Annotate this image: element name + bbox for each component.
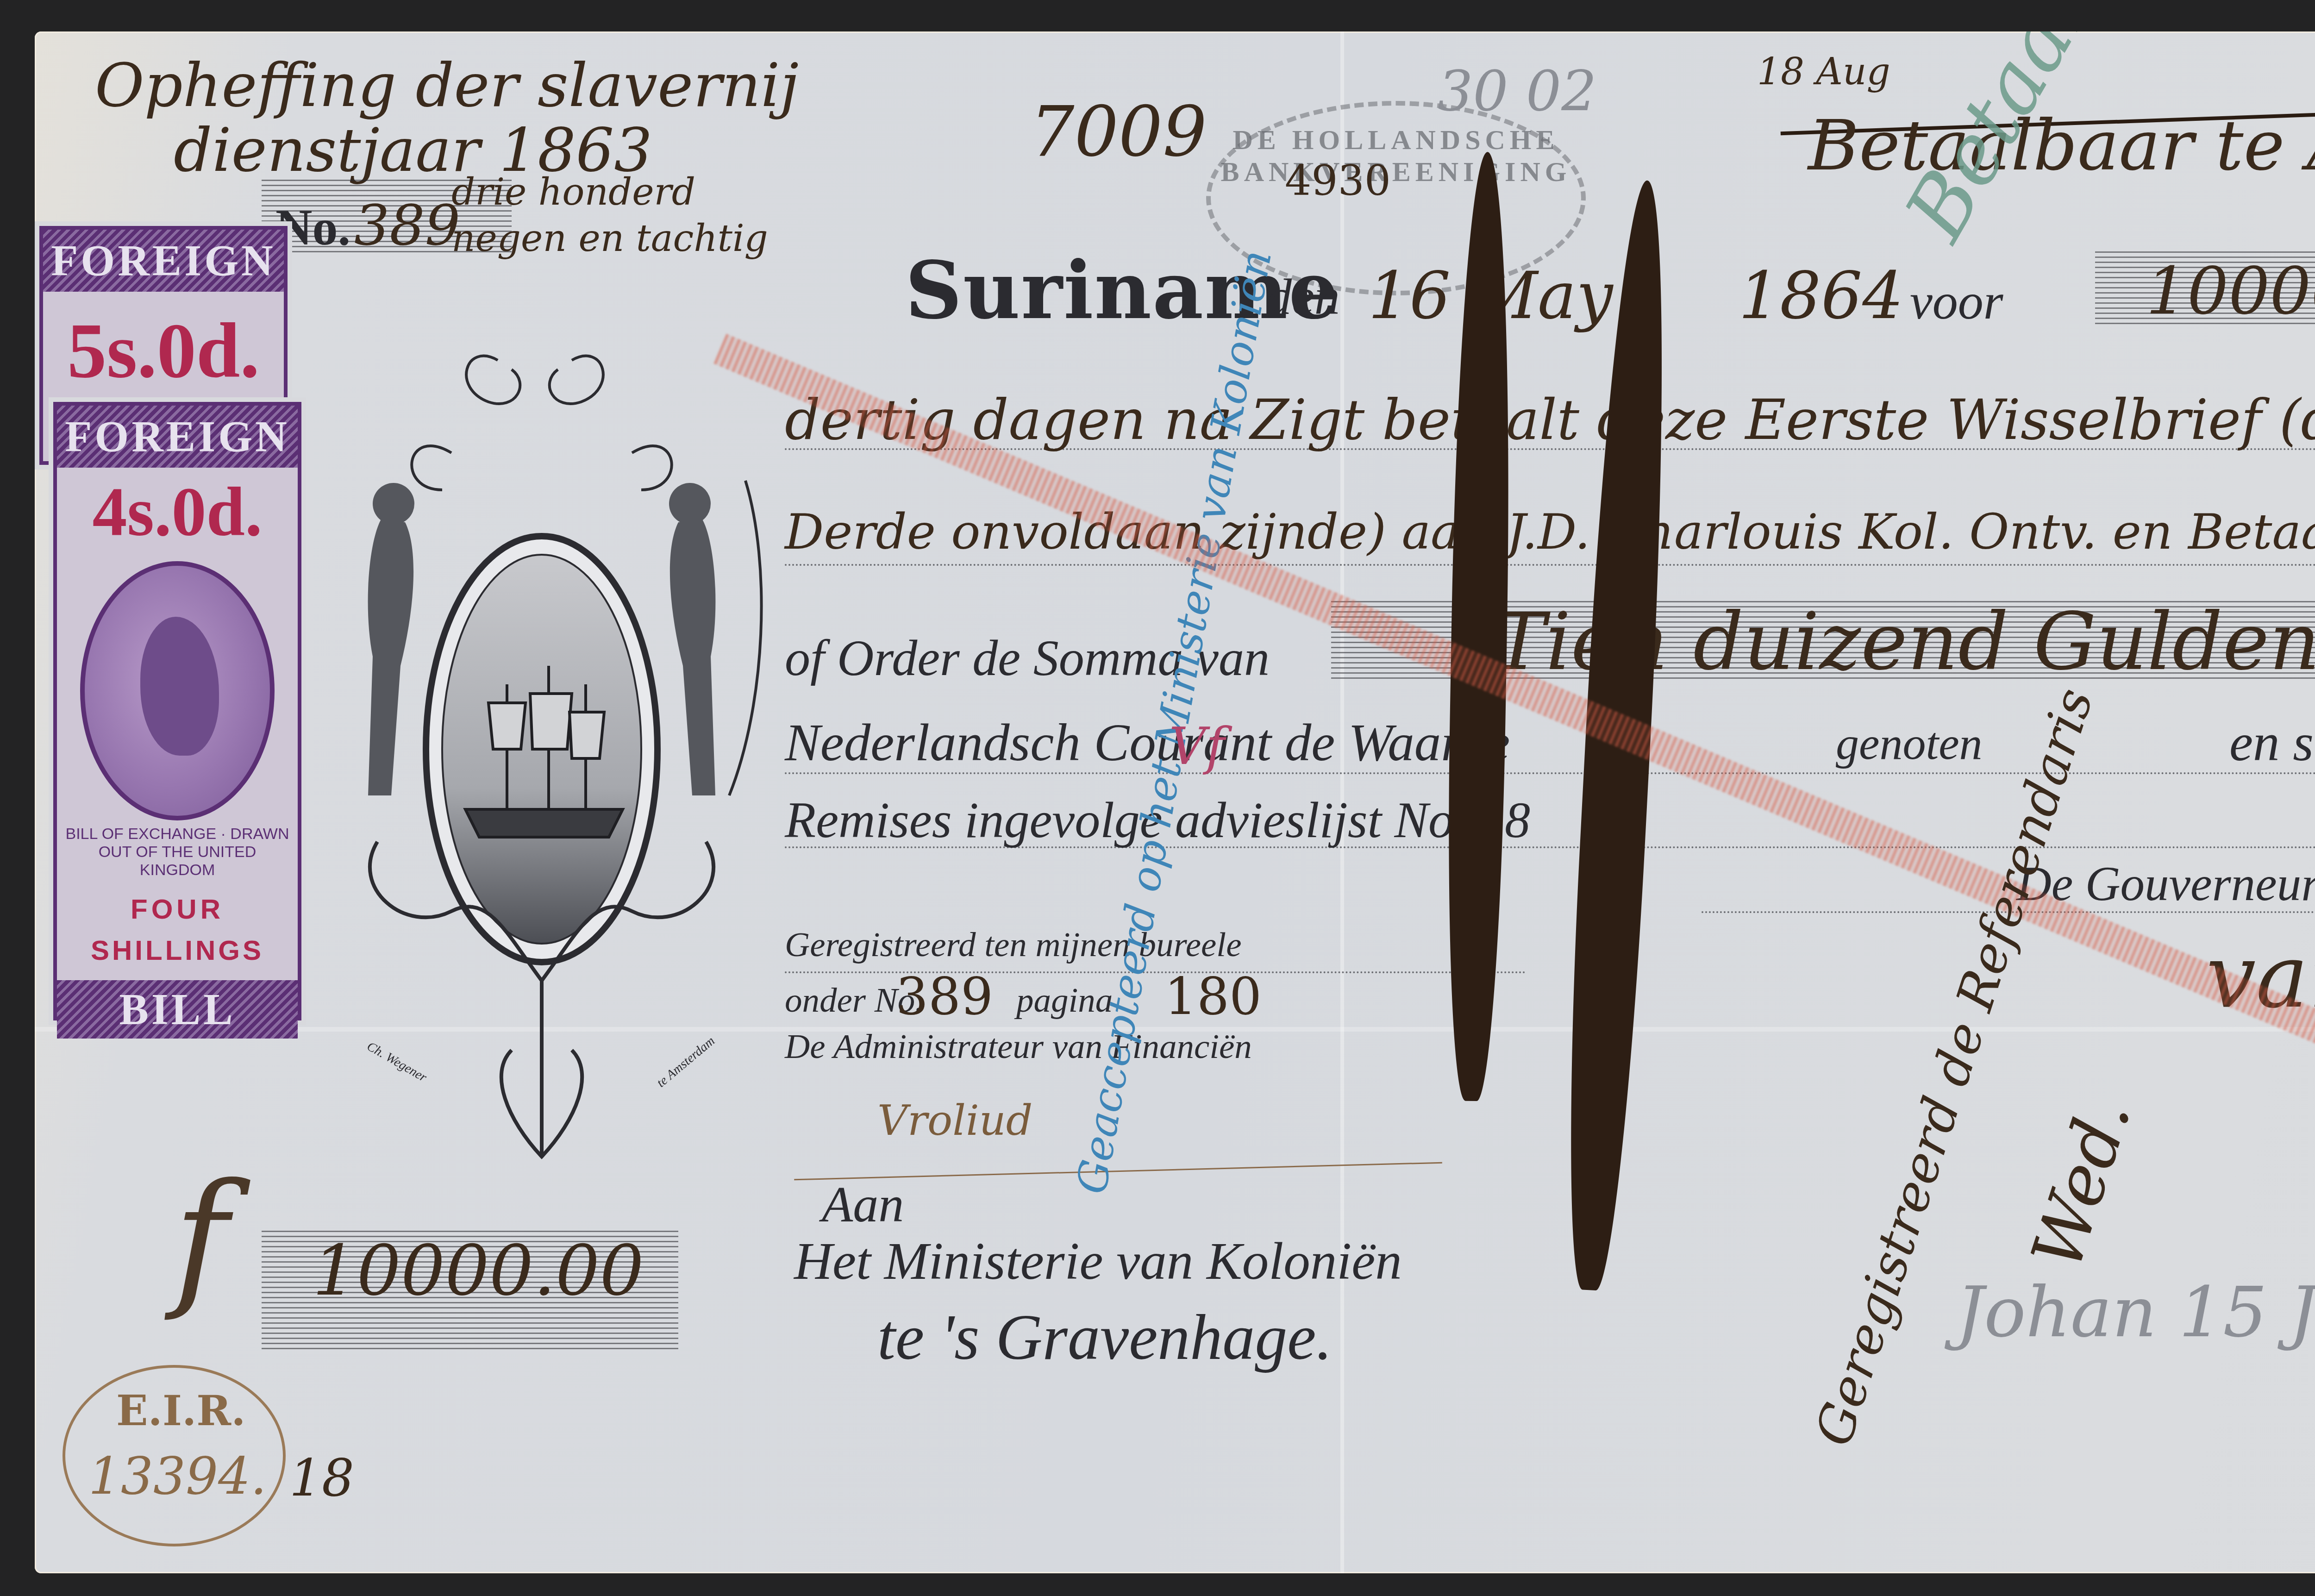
lower-amount: 10000.00 [313, 1231, 644, 1311]
addressee-aan: Aan [822, 1175, 904, 1234]
number-annotation-1: drie honderd [451, 170, 695, 213]
number-annotation-2: negen en tachtig [451, 217, 768, 260]
stamp-value: 5s.0d. [43, 306, 284, 396]
registration-line-1: Geregistreerd ten mijnen bureele [785, 925, 1242, 965]
stamp-label-bill: BILL [57, 980, 298, 1039]
stamp-words-1: FOUR [57, 893, 298, 925]
registration-line-3: De Administrateur van Financiën [785, 1027, 1252, 1067]
bill-of-exchange-paper: Opheffing der slavernij dienstjaar 1863 … [35, 31, 2315, 1573]
body-line-2: Derde onvoldaan zijnde) aan J.D. Charlou… [785, 504, 2315, 560]
registration-number: 389 [896, 967, 993, 1026]
ref-number-4930: 4930 [1285, 156, 1391, 205]
ref-number-7009: 7009 [1030, 92, 1207, 172]
vertical-endorsement-signature: Wed. [2016, 1089, 2146, 1279]
registration-signature: Vroliud [877, 1096, 1032, 1145]
date-year: 1864 [1739, 258, 1903, 334]
body-line-1: dertig dagen na Zigt betaalt deze Eerste… [785, 388, 2315, 452]
addressee-line-2: te 's Gravenhage. [877, 1300, 1332, 1375]
pencil-note-johan: Johan 15 July [1956, 1272, 2315, 1353]
stamp-label-foreign: FOREIGN [43, 230, 284, 292]
eir-oval-stamp: E.I.R. 13394. [63, 1365, 286, 1546]
stamp-value: 4s.0d. [57, 472, 298, 552]
eir-suffix: 18 [289, 1448, 354, 1508]
stamp-words-2: SHILLINGS [57, 934, 298, 966]
registration-pagina: 180 [1164, 967, 1262, 1026]
due-date-note: 18 Aug [1757, 50, 1890, 93]
suriname-coat-of-arms: Ch. Wegener te Amsterdam [313, 332, 771, 1175]
payable-text: Betaalbaar te Amsterdam [1808, 106, 2315, 186]
body-line-4-mid: genoten [1836, 717, 1983, 770]
stamp-label-foreign: FOREIGN [57, 406, 298, 468]
revenue-stamp-4s: FOREIGN 4s.0d. BILL OF EXCHANGE · DRAWN … [53, 402, 301, 1020]
red-ink-mark: Vf [1169, 717, 1225, 776]
date-voor: voor [1910, 272, 2003, 331]
portrait-silhouette [140, 617, 219, 756]
eir-stamp-line-2: 13394. [88, 1446, 267, 1506]
body-rule [785, 564, 2315, 566]
lower-amount-florin-sign: f [174, 1152, 228, 1324]
pencil-note-3002: 30 02 [1438, 59, 1597, 124]
header-amount: 10000.00 [2146, 254, 2315, 329]
number-value: 389 [354, 194, 460, 258]
header-note-line1: Opheffing der slavernij [95, 50, 799, 120]
addressee-line-1: Het Ministerie van Koloniën [794, 1231, 1402, 1292]
body-line-4-end: en stelt op Rekening van [2229, 712, 2315, 773]
stamp-oval-text: BILL OF EXCHANGE · DRAWN OUT OF THE UNIT… [57, 825, 298, 879]
eir-stamp-line-1: E.I.R. [116, 1386, 246, 1435]
queen-victoria-portrait [80, 561, 275, 820]
bank-stamp-text: DE HOLLANDSCHE BANKVEREENIGING [1211, 124, 1581, 188]
